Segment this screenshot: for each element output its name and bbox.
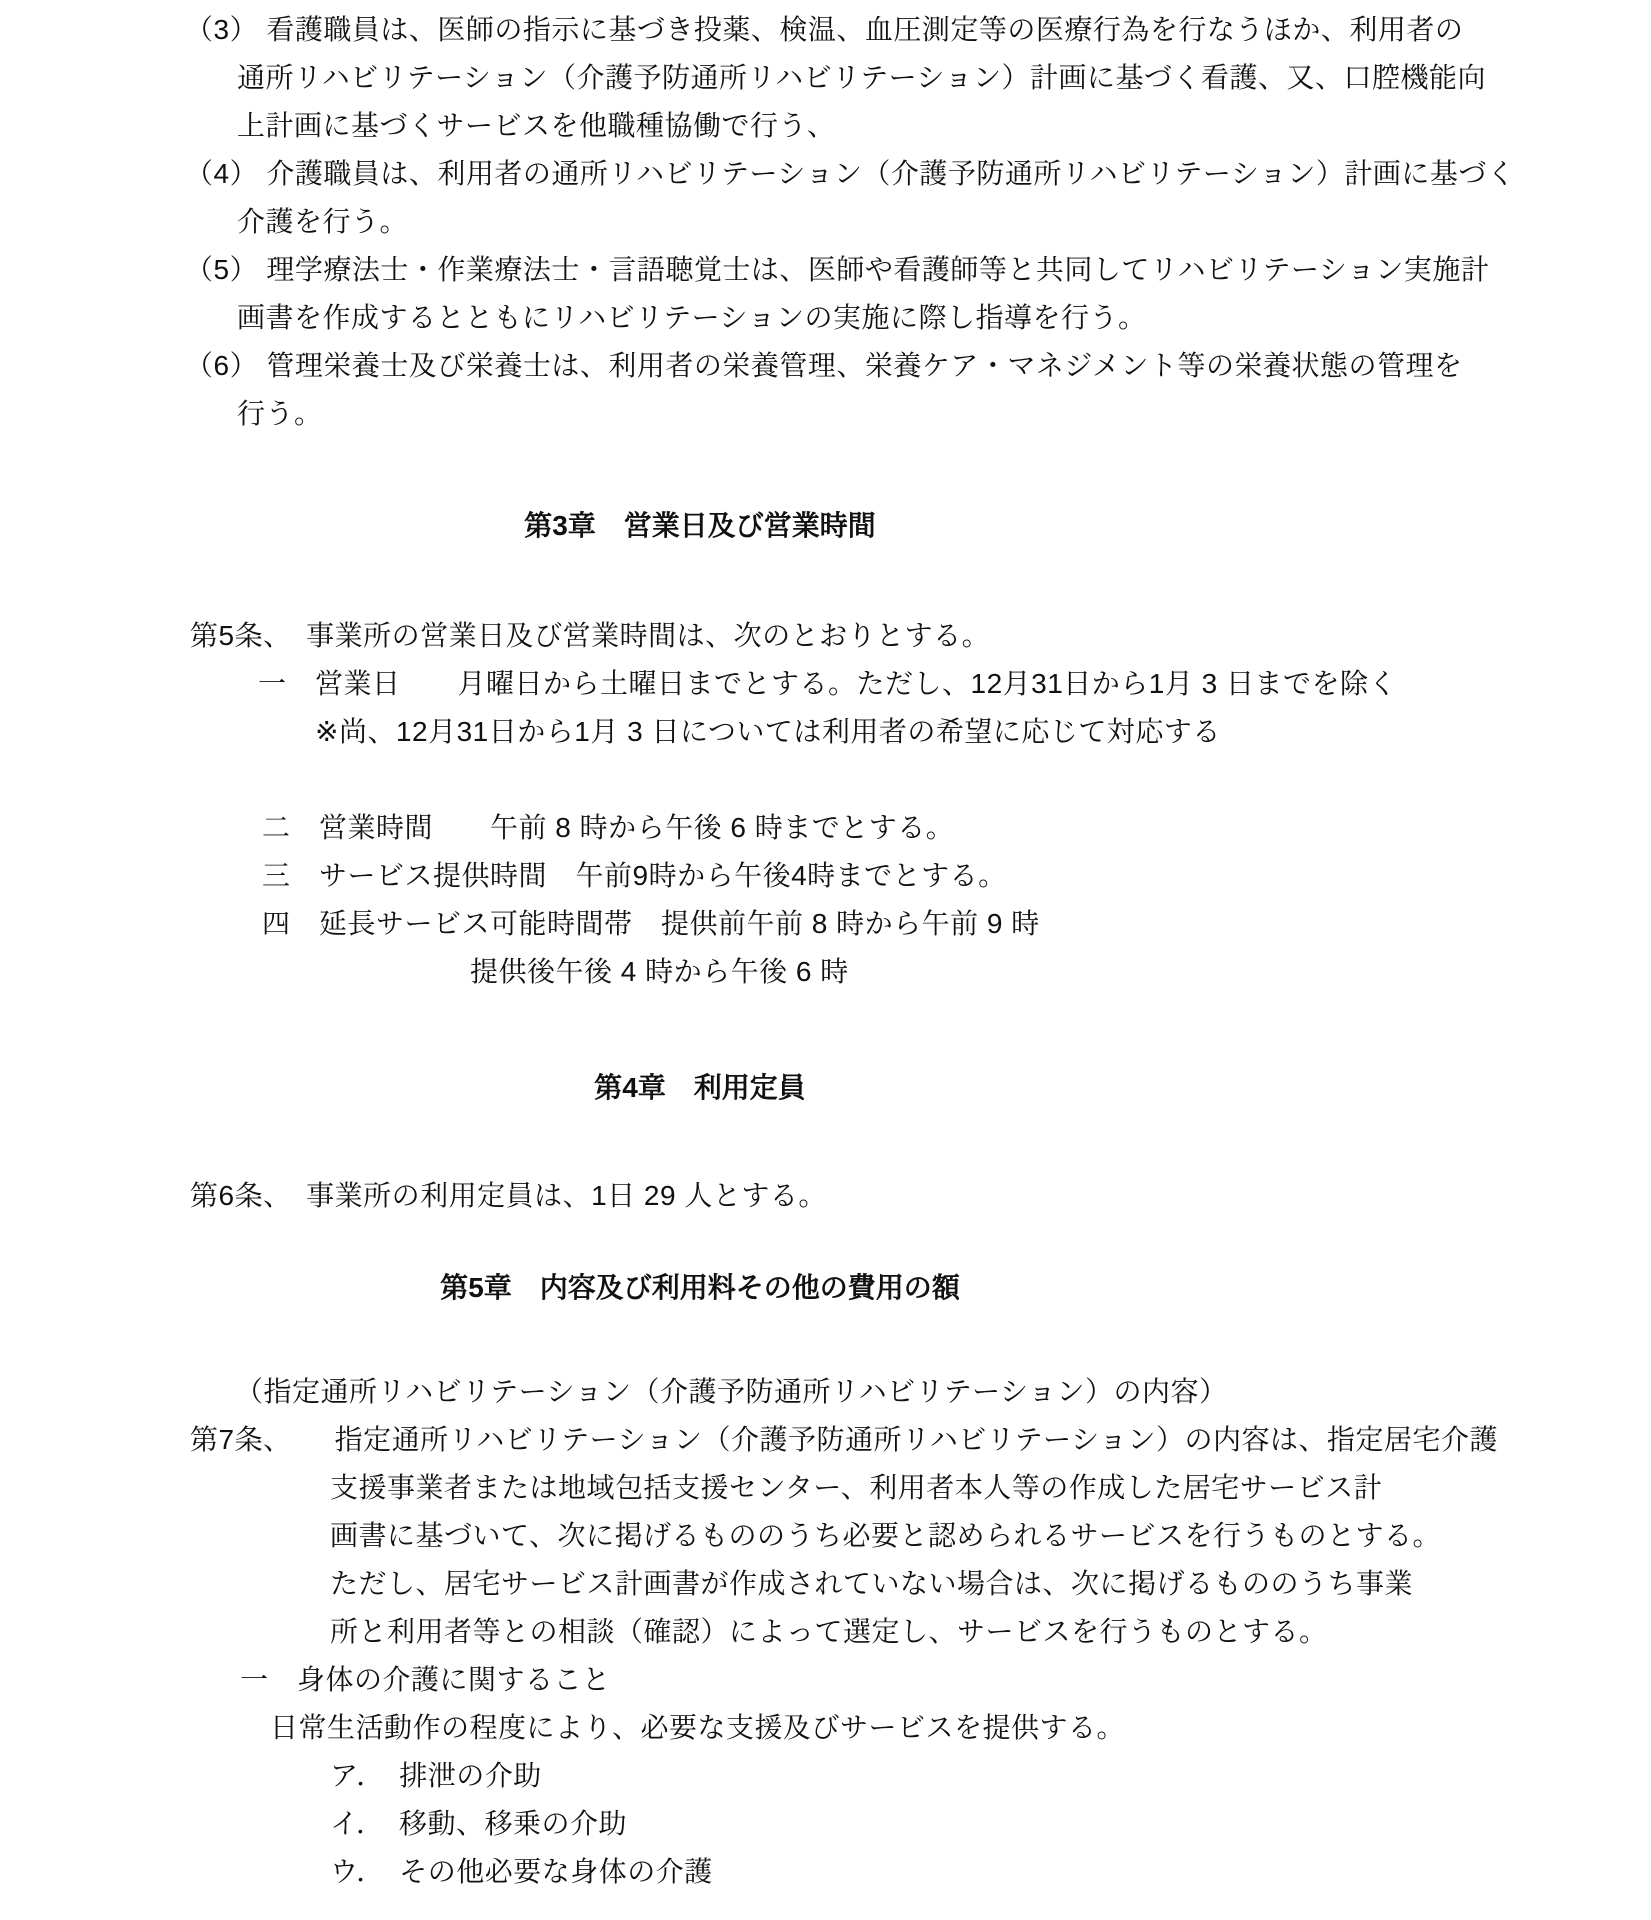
spacer — [0, 1220, 1651, 1264]
spacer — [0, 996, 1651, 1064]
item-3-line-1: （3） 看護職員は、医師の指示に基づき投薬、検温、血圧測定等の医療行為を行なうほ… — [185, 6, 1651, 54]
article-7-sub-item-u: ウ． その他必要な身体の介護 — [330, 1848, 1651, 1896]
spacer — [0, 1312, 1651, 1368]
item-3-line-3: 上計画に基づくサービスを他職種協働で行う、 — [237, 102, 1651, 150]
chapter-3-heading: 第3章 営業日及び営業時間 — [0, 502, 1400, 550]
item-3-line-2: 通所リハビリテーション（介護予防通所リハビリテーション）計画に基づく看護、又、口… — [237, 54, 1651, 102]
article-7-line-5: 所と利用者等との相談（確認）によって選定し、サービスを行うものとする。 — [330, 1608, 1651, 1656]
item-6-line-1: （6） 管理栄養士及び栄養士は、利用者の栄養管理、栄養ケア・マネジメント等の栄養… — [185, 342, 1651, 390]
article-5-item-1-note: ※尚、12月31日から1月 3 日については利用者の希望に応じて対応する — [315, 708, 1651, 756]
article-7-list-1-title: 一 身体の介護に関すること — [240, 1656, 1651, 1704]
chapter-5-heading: 第5章 内容及び利用料その他の費用の額 — [0, 1264, 1400, 1312]
chapter-4-heading: 第4章 利用定員 — [0, 1064, 1400, 1112]
article-7-sub-item-a: ア． 排泄の介助 — [330, 1752, 1651, 1800]
article-7-line-2: 支援事業者または地域包括支援センター、利用者本人等の作成した居宅サービス計 — [330, 1464, 1651, 1512]
item-6-line-2: 行う。 — [237, 390, 1651, 438]
article-5-line: 第5条、 事業所の営業日及び営業時間は、次のとおりとする。 — [190, 612, 1651, 660]
spacer — [0, 438, 1651, 502]
spacer — [0, 550, 1651, 612]
article-7-list-1-description: 日常生活動作の程度により、必要な支援及びサービスを提供する。 — [270, 1704, 1651, 1752]
article-6-line: 第6条、 事業所の利用定員は、1日 29 人とする。 — [190, 1172, 1651, 1220]
article-7-line-4: ただし、居宅サービス計画書が作成されていない場合は、次に掲げるもののうち事業 — [330, 1560, 1651, 1608]
article-5-item-4-line-2: 提供後午後 4 時から午後 6 時 — [470, 948, 1651, 996]
article-7-parenthetical-note: （指定通所リハビリテーション（介護予防通所リハビリテーション）の内容） — [235, 1368, 1651, 1416]
spacer — [0, 1112, 1651, 1172]
item-4-line-2: 介護を行う。 — [237, 198, 1651, 246]
document-page: （3） 看護職員は、医師の指示に基づき投薬、検温、血圧測定等の医療行為を行なうほ… — [0, 0, 1651, 1920]
item-5-line-1: （5） 理学療法士・作業療法士・言語聴覚士は、医師や看護師等と共同してリハビリテ… — [185, 246, 1651, 294]
article-7-line-1: 第7条、 指定通所リハビリテーション（介護予防通所リハビリテーション）の内容は、… — [190, 1416, 1651, 1464]
article-5-item-4-line-1: 四 延長サービス可能時間帯 提供前午前 8 時から午前 9 時 — [262, 900, 1651, 948]
article-7-sub-item-i: イ． 移動、移乗の介助 — [330, 1800, 1651, 1848]
item-5-line-2: 画書を作成するとともにリハビリテーションの実施に際し指導を行う。 — [237, 294, 1651, 342]
article-5-item-2-line: 二 営業時間 午前 8 時から午後 6 時までとする。 — [262, 804, 1651, 852]
item-4-line-1: （4） 介護職員は、利用者の通所リハビリテーション（介護予防通所リハビリテーショ… — [185, 150, 1651, 198]
spacer — [0, 756, 1651, 804]
article-5-item-3-line: 三 サービス提供時間 午前9時から午後4時までとする。 — [262, 852, 1651, 900]
article-7-line-3: 画書に基づいて、次に掲げるもののうち必要と認められるサービスを行うものとする。 — [330, 1512, 1651, 1560]
article-5-item-1-line-1: 一 営業日 月曜日から土曜日までとする。ただし、12月31日から1月 3 日まで… — [258, 660, 1651, 708]
